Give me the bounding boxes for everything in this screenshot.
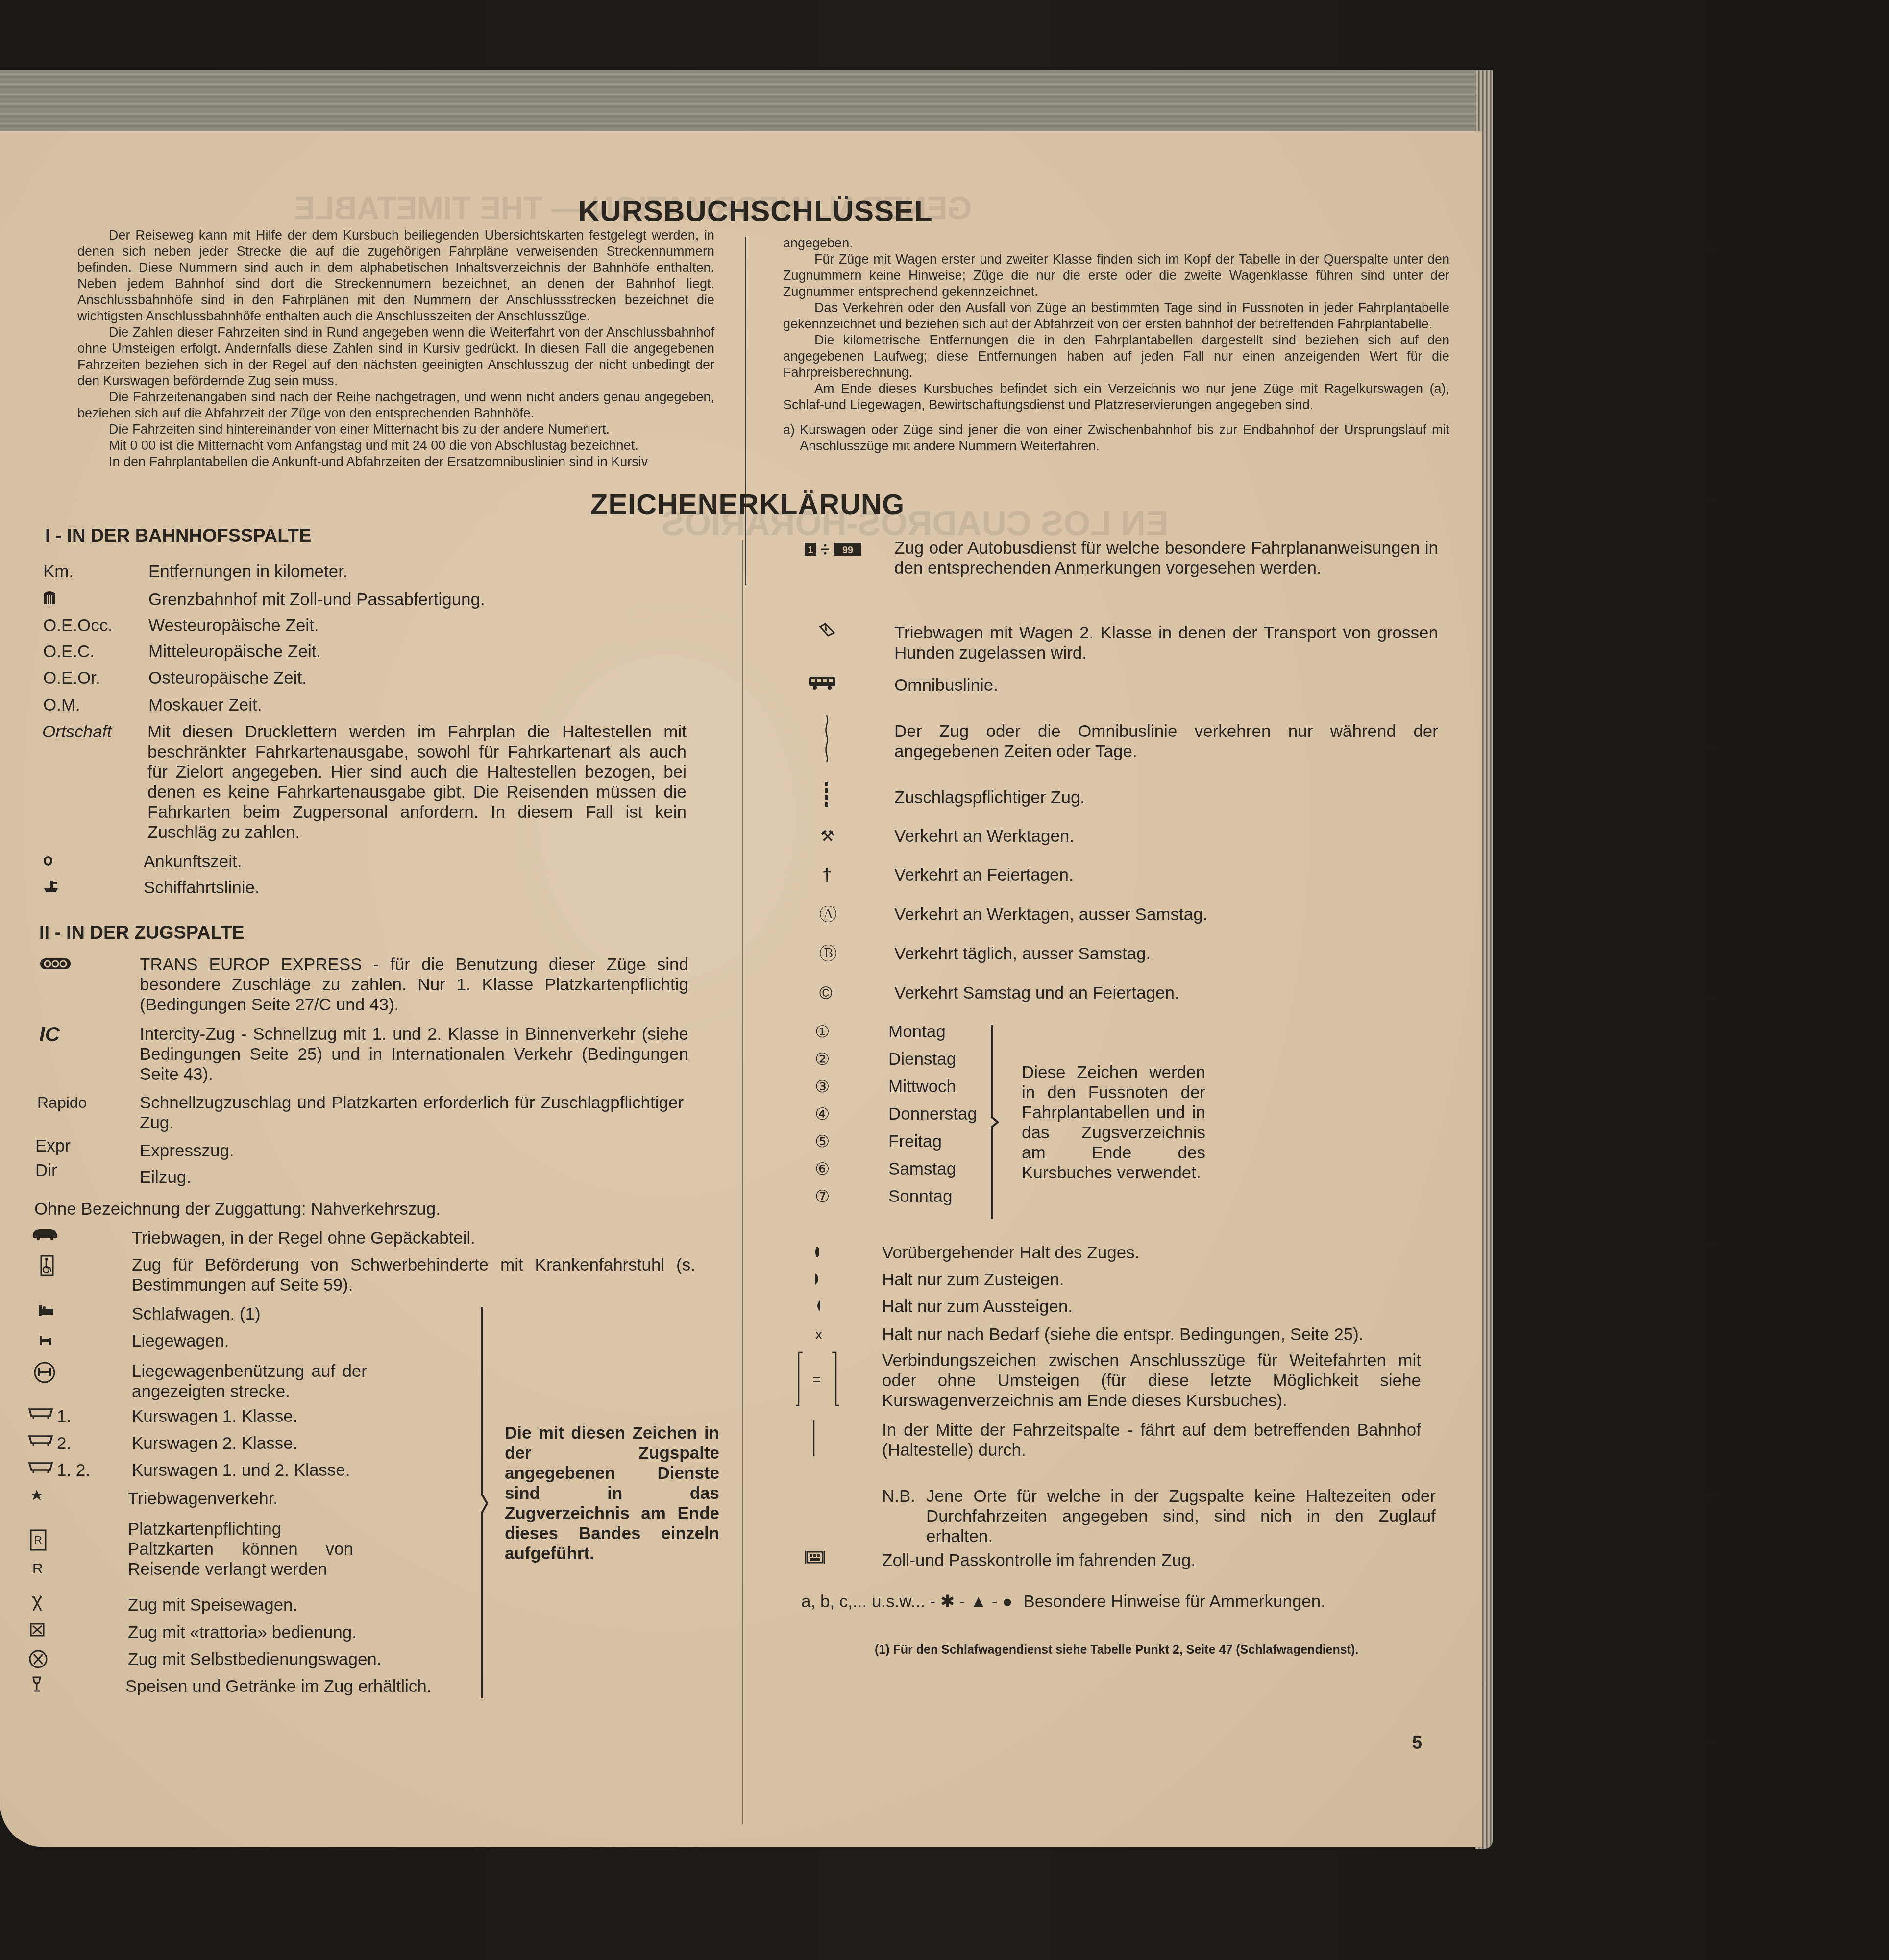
legend-row: Ortschaft Mit diesen Drucklettern werden…	[42, 722, 689, 842]
dog-icon	[804, 623, 894, 663]
weekday-row: ②Dienstag	[811, 1050, 1007, 1077]
railcar-service-icon	[27, 1489, 128, 1509]
trattoria-icon	[27, 1622, 128, 1642]
time-zone-symbol: O.E.Or.	[43, 668, 148, 688]
expr-symbol: Expr	[35, 1136, 140, 1161]
class-label: 1.	[57, 1406, 71, 1426]
legend-row: TRANS EUROP EXPRESS - für die Benutzung …	[39, 955, 691, 1015]
section-heading-zugspalte: II - IN DER ZUGSPALTE	[39, 923, 245, 944]
weekday-brace	[990, 1024, 1002, 1223]
weekday-row: ①Montag	[811, 1022, 1007, 1050]
legend-text: Vorübergehender Halt des Zuges.	[882, 1243, 1139, 1263]
day-5-icon: ⑤	[811, 1132, 888, 1159]
legend-text: Verkehrt täglich, ausser Samstag.	[894, 944, 1151, 964]
weekday-label: Mittwoch	[888, 1077, 956, 1104]
arrival-icon	[43, 852, 144, 872]
intro-paragraph: Der Reiseweg kann mit Hilfe der dem Kurs…	[77, 227, 714, 324]
wheelchair-icon	[31, 1255, 132, 1295]
legend-text: Kurswagen 1. Klasse.	[132, 1406, 298, 1426]
legend-text: Verkehrt an Werktagen, ausser Samstag.	[894, 905, 1207, 925]
legend-text: Zug mit Selbstbedienungswagen.	[128, 1649, 382, 1669]
time-zone-symbol: O.E.C.	[43, 641, 148, 661]
page-number: 5	[1412, 1733, 1422, 1753]
weekday-row: ③Mittwoch	[811, 1077, 1007, 1104]
rapido-symbol: Rapido	[37, 1093, 140, 1133]
intro-paragraph: Mit 0 00 ist die Mitternacht vom Anfangs…	[77, 438, 714, 454]
legend-row: Vorübergehender Halt des Zuges.	[804, 1243, 1441, 1263]
intro-paragraph: Die kilometrische Entfernungen die in de…	[783, 332, 1449, 381]
weekday-label: Montag	[888, 1022, 946, 1050]
legend-text: Intercity-Zug - Schnellzug mit 1. und 2.…	[140, 1024, 688, 1084]
legend-text: Osteuropäische Zeit.	[148, 668, 307, 688]
legend-row: Zuschlagspflichtiger Zug.	[804, 781, 1441, 810]
legend-row: Liegewagenbenützung auf der angezeigten …	[31, 1361, 570, 1401]
legend-text: Zoll-und Passkontrolle im fahrenden Zug.	[882, 1550, 1196, 1570]
intro-paragraph: Die Zahlen dieser Fahrzeiten sind in Run…	[77, 324, 714, 389]
legend-row: x Halt nur nach Bedarf (siehe die entspr…	[804, 1324, 1450, 1345]
weekday-label: Sonntag	[888, 1187, 952, 1214]
legend-text: Eilzug.	[140, 1160, 191, 1187]
footnote-a: a) Kurswagen oder Züge sind jener die vo…	[783, 422, 1449, 454]
weekday-row: ⑦Sonntag	[811, 1187, 1007, 1214]
legend-row: O.E.Or. Osteuropäische Zeit.	[43, 668, 705, 688]
legend-row: Triebwagen mit Wagen 2. Klasse in denen …	[804, 623, 1441, 663]
legend-row: Grenzbahnhof mit Zoll-und Passabfertigun…	[43, 589, 705, 610]
bus-icon	[804, 675, 894, 695]
ortschaft-symbol: Ortschaft	[42, 722, 147, 842]
legend-text: Verbindungszeichen zwischen Anschlusszüg…	[882, 1350, 1421, 1411]
intro-paragraph: angegeben.	[783, 235, 1449, 251]
notes-text: Besondere Hinweise für Ammerkungen.	[1023, 1592, 1325, 1612]
dashed-line-icon	[804, 781, 894, 810]
legend-text: Westeuropäische Zeit.	[148, 615, 319, 636]
footnote-a-label: a)	[783, 422, 795, 454]
buffet-icon	[27, 1676, 125, 1696]
vertical-line-icon	[789, 1420, 882, 1460]
legend-text: Kurswagen 1. und 2. Klasse.	[132, 1460, 350, 1480]
column-divider	[745, 237, 746, 585]
intro-paragraph: Am Ende dieses Kursbuches befindet sich …	[783, 381, 1449, 413]
brace-bracket	[480, 1306, 487, 1701]
legend-text: Zug mit «trattoria» bedienung.	[128, 1622, 357, 1642]
legend-text: Omnibuslinie.	[894, 675, 998, 695]
svg-text:1: 1	[808, 545, 813, 556]
dir-symbol: Dir	[35, 1160, 140, 1187]
legend-row: R Paltzkarten können von Reisende verlan…	[27, 1539, 370, 1579]
weekday-row: ⑤Freitag	[811, 1132, 1007, 1159]
legend-row: ⚒ Verkehrt an Werktagen.	[804, 826, 1441, 846]
legend-text: Speisen und Getränke im Zug erhältlich.	[125, 1676, 432, 1696]
ship-icon	[43, 878, 144, 898]
legend-row: Halt nur zum Zusteigen.	[804, 1270, 1441, 1290]
page-title-kursbuchschluessel: KURSBUCHSCHLÜSSEL	[578, 194, 933, 228]
through-coach-icon: 1. 2.	[27, 1460, 132, 1480]
weekday-row: ④Donnerstag	[811, 1104, 1007, 1132]
legend-text: Zug mit Speisewagen.	[128, 1595, 297, 1615]
day-4-icon: ④	[811, 1104, 888, 1132]
railcar-icon	[31, 1228, 132, 1248]
weekday-row: ⑥Samstag	[811, 1159, 1007, 1187]
reservation-icon: R	[27, 1539, 128, 1579]
nb-text: Jene Orte für welche in der Zugspalte ke…	[926, 1486, 1436, 1546]
weekday-label: Dienstag	[888, 1050, 956, 1077]
legend-text: Triebwagen mit Wagen 2. Klasse in denen …	[894, 623, 1438, 663]
legend-row: Halt nur zum Aussteigen.	[804, 1297, 1441, 1317]
legend-text: Triebwagenverkehr.	[128, 1489, 278, 1509]
weekday-label: Freitag	[888, 1132, 942, 1159]
intro-paragraph: Die Fahrzeitenangaben sind nach der Reih…	[77, 389, 714, 421]
time-zone-symbol: O.M.	[43, 695, 148, 715]
section-heading-bahnhofsspalte: I - IN DER BAHNHOFSSPALTE	[45, 526, 311, 547]
hammers-icon: ⚒	[804, 826, 894, 846]
class-label: 2.	[57, 1433, 71, 1453]
book-page: GENERAL INFORMATION — THE TIMETABLE EN L…	[0, 131, 1482, 1847]
customs-train-icon	[801, 1550, 882, 1570]
legend-row: Schiffahrtslinie.	[43, 878, 705, 898]
circle-b-icon: Ⓑ	[804, 944, 894, 964]
nb-note: N.B. Jene Orte für welche in der Zugspal…	[882, 1486, 1436, 1546]
legend-text: Zug oder Autobusdienst für welche besond…	[894, 538, 1438, 578]
legend-row: Zoll-und Passkontrolle im fahrenden Zug.	[801, 1550, 1438, 1570]
cross-icon: †	[804, 865, 894, 885]
legend-row: Schlafwagen. (1)	[31, 1304, 570, 1324]
day-2-icon: ②	[811, 1050, 888, 1077]
column-divider	[742, 540, 743, 1824]
day-1-icon: ①	[811, 1022, 888, 1050]
notes-symbols: a, b, c,... u.s.w... - ✱ - ▲ - ●	[801, 1592, 1012, 1612]
circle-c-icon: ©	[804, 983, 894, 1003]
day-6-icon: ⑥	[811, 1159, 888, 1187]
intro-paragraph: In den Fahrplantabellen die Ankunft-und …	[77, 454, 714, 470]
legend-text: Entfernungen in kilometer.	[148, 562, 348, 582]
intro-left-column: Der Reiseweg kann mit Hilfe der dem Kurs…	[77, 227, 714, 470]
day-7-icon: ⑦	[811, 1187, 888, 1214]
temporary-stop-icon	[804, 1243, 882, 1263]
weekday-note: Diese Zeichen werden in den Fussnoten de…	[1022, 1062, 1205, 1183]
intro-right-column: angegeben. Für Züge mit Wagen erster und…	[783, 235, 1449, 454]
legend-text: Schnellzugzuschlag und Platzkarten erfor…	[140, 1093, 684, 1133]
legend-row: Km. Entfernungen in kilometer.	[43, 562, 705, 582]
legend-text: Kurswagen 2. Klasse.	[132, 1433, 298, 1453]
intro-paragraph: Das Verkehren oder den Ausfall von Züge …	[783, 300, 1449, 332]
request-stop-icon: x	[804, 1324, 882, 1345]
legend-text: Zug für Beförderung von Schwerbehinderte…	[132, 1255, 695, 1295]
weekday-label: Donnerstag	[888, 1104, 977, 1132]
footnote-a-text: Kurswagen oder Züge sind jener die von e…	[800, 422, 1449, 454]
tee-icon	[39, 955, 140, 1015]
km-symbol: Km.	[43, 562, 148, 582]
through-coach-icon: 2.	[27, 1433, 132, 1453]
boarding-only-icon	[804, 1270, 882, 1290]
nb-label: N.B.	[882, 1486, 926, 1546]
legend-row: Omnibuslinie.	[804, 675, 1441, 695]
legend-row: Liegewagen.	[31, 1331, 570, 1351]
legend-row: Der Zug oder die Omnibuslinie verkehren …	[804, 714, 1441, 763]
legend-text: Liegewagenbenützung auf der angezeigten …	[132, 1361, 367, 1401]
legend-row: Ⓐ Verkehrt an Werktagen, ausser Samstag.	[804, 905, 1441, 925]
legend-text: Halt nur zum Aussteigen.	[882, 1297, 1073, 1317]
legend-text: Paltzkarten können von Reisende verlangt…	[128, 1539, 353, 1579]
svg-text:99: 99	[842, 545, 853, 556]
time-zone-symbol: O.E.Occ.	[43, 615, 148, 636]
intro-paragraph: Die Fahrzeiten sind hintereinander von e…	[77, 421, 714, 438]
legend-text: Expresszug.	[140, 1136, 234, 1161]
legend-row: Ⓑ Verkehrt täglich, ausser Samstag.	[804, 944, 1441, 964]
intercity-icon: IC	[39, 1024, 140, 1084]
wavy-line-icon	[804, 714, 894, 763]
legend-text: Schlafwagen. (1)	[132, 1304, 261, 1324]
legend-text: In der Mitte der Fahrzeitspalte - fährt …	[882, 1420, 1421, 1460]
couchette-circle-icon	[31, 1361, 132, 1401]
legend-row: Verbindungszeichen zwischen Anschlusszüg…	[789, 1350, 1450, 1411]
legend-row: Triebwagen, in der Regel ohne Gepäckabte…	[31, 1228, 570, 1248]
notes-symbols-row: a, b, c,... u.s.w... - ✱ - ▲ - ● Besonde…	[801, 1592, 1453, 1612]
no-designation-note: Ohne Bezeichnung der Zuggattung: Nahverk…	[34, 1200, 441, 1219]
sleeping-car-icon	[31, 1304, 132, 1324]
page-stack-edge	[0, 70, 1491, 134]
legend-row: © Verkehrt Samstag und an Feiertagen.	[804, 983, 1441, 1003]
legend-text: Verkehrt Samstag und an Feiertagen.	[894, 983, 1179, 1003]
legend-text: TRANS EUROP EXPRESS - für die Benutzung …	[140, 955, 688, 1015]
services-brace-note: Die mit diesen Zeichen in der Zugspalte …	[505, 1423, 719, 1564]
legend-text: Der Zug oder die Omnibuslinie verkehren …	[894, 714, 1438, 763]
legend-text: Verkehrt an Werktagen.	[894, 826, 1074, 846]
circle-a-icon: Ⓐ	[804, 905, 894, 925]
border-station-icon	[43, 589, 148, 610]
legend-row: Zug für Beförderung von Schwerbehinderte…	[31, 1255, 708, 1295]
weekday-label: Samstag	[888, 1159, 956, 1187]
legend-text: Mitteleuropäische Zeit.	[148, 641, 321, 661]
legend-text: Zuschlagspflichtiger Zug.	[894, 781, 1085, 810]
section-title-zeichenerklaerung: ZEICHENERKLÄRUNG	[590, 488, 905, 521]
legend-text: Grenzbahnhof mit Zoll-und Passabfertigun…	[148, 589, 485, 610]
legend-text: Moskauer Zeit.	[148, 695, 262, 715]
alighting-only-icon	[804, 1297, 882, 1317]
legend-row: 199 Zug oder Autobusdienst für welche be…	[804, 538, 1441, 578]
legend-text: Verkehrt an Feiertagen.	[894, 865, 1074, 885]
legend-row: † Verkehrt an Feiertagen.	[804, 865, 1441, 885]
legend-row: O.M. Moskauer Zeit.	[43, 695, 705, 715]
legend-row: O.E.Occ. Westeuropäische Zeit.	[43, 615, 705, 636]
legend-row: IC Intercity-Zug - Schnellzug mit 1. und…	[39, 1024, 691, 1084]
note-range-icon: 199	[804, 538, 894, 578]
class-label: 1. 2.	[57, 1460, 90, 1480]
legend-row: Rapido Schnellzugzuschlag und Platzkarte…	[37, 1093, 689, 1133]
legend-row: O.E.C. Mitteleuropäische Zeit.	[43, 641, 705, 661]
couchette-icon	[31, 1331, 132, 1351]
connection-bracket-icon	[789, 1350, 882, 1411]
day-3-icon: ③	[811, 1077, 888, 1104]
footnote-1: (1) Für den Schlafwagendienst siehe Tabe…	[875, 1643, 1358, 1657]
legend-text: Schiffahrtslinie.	[144, 878, 260, 898]
legend-row: Ankunftszeit.	[43, 852, 705, 872]
legend-row: Expr Expresszug.	[35, 1136, 687, 1161]
legend-text: Ankunftszeit.	[144, 852, 242, 872]
through-coach-icon: 1.	[27, 1406, 132, 1426]
legend-text: Halt nur zum Zusteigen.	[882, 1270, 1064, 1290]
legend-text: Liegewagen.	[132, 1331, 229, 1351]
self-service-icon	[27, 1649, 128, 1669]
intro-paragraph: Für Züge mit Wagen erster und zweiter Kl…	[783, 251, 1449, 300]
legend-text: Triebwagen, in der Regel ohne Gepäckabte…	[132, 1228, 475, 1248]
weekday-list: ①Montag ②Dienstag ③Mittwoch ④Donnerstag …	[811, 1022, 1007, 1214]
dining-car-icon	[27, 1595, 128, 1615]
legend-text: Halt nur nach Bedarf (siehe die entspr. …	[882, 1324, 1364, 1345]
legend-text: Mit diesen Drucklettern werden im Fahrpl…	[147, 722, 687, 842]
legend-row: In der Mitte der Fahrzeitspalte - fährt …	[789, 1420, 1450, 1460]
legend-row: Dir Eilzug.	[35, 1160, 687, 1187]
